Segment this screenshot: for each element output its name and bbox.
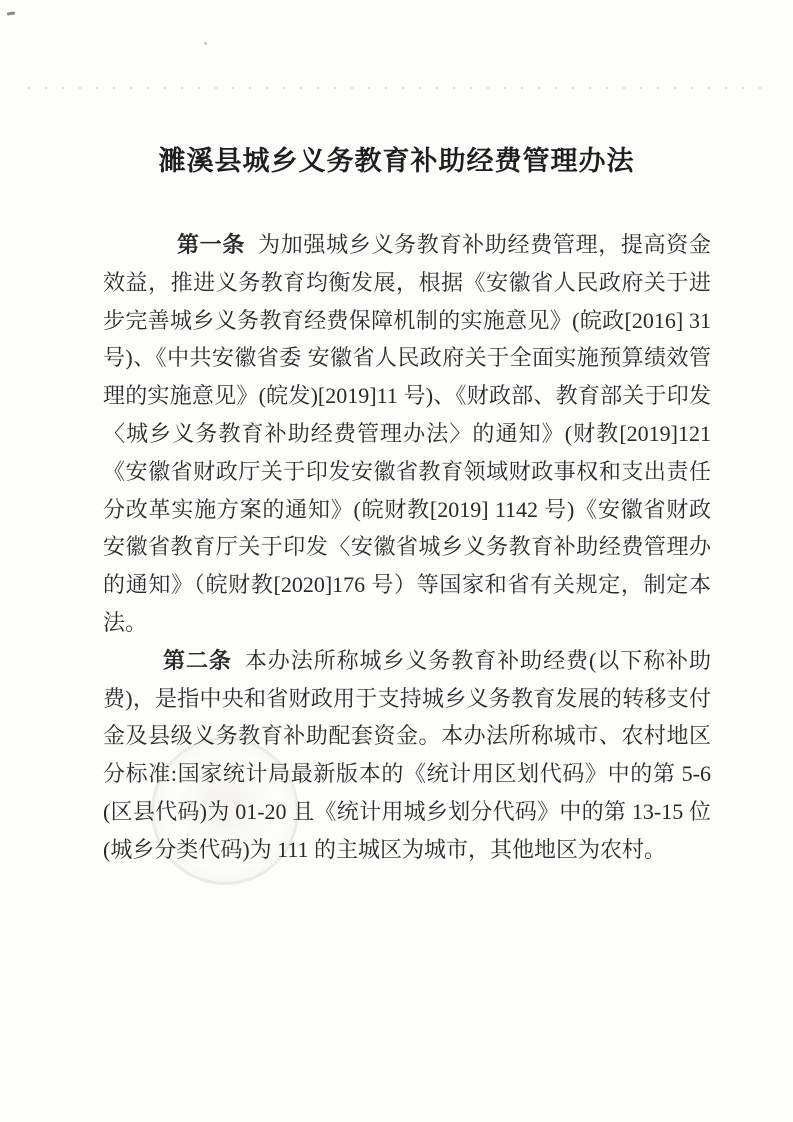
text-line: 分标准:国家统计局最新版本的《统计用区划代码》中的第 5-6 位 xyxy=(103,755,711,793)
paragraph-article-1: 第一条为加强城乡义务教育补助经费管理，提高资金使用 效益，推进义务教育均衡发展，… xyxy=(103,226,711,642)
text-line: 号)、《中共安徽省委 安徽省人民政府关于全面实施预算绩效管 xyxy=(103,339,711,377)
scan-noise-line xyxy=(28,87,768,89)
text-line: 《安徽省财政厅关于印发安徽省教育领域财政事权和支出责任划 xyxy=(103,453,711,491)
document-body: 第一条为加强城乡义务教育补助经费管理，提高资金使用 效益，推进义务教育均衡发展，… xyxy=(103,226,711,869)
article-2-label: 第二条 xyxy=(163,648,232,673)
text-line: 步完善城乡义务教育经费保障机制的实施意见》(皖政[2016] 31 xyxy=(103,302,711,340)
text-line: (区县代码)为 01-20 且《统计用城乡划分代码》中的第 13-15 位 xyxy=(103,793,711,831)
scanned-document-page: 濉溪县城乡义务教育补助经费管理办法 第一条为加强城乡义务教育补助经费管理，提高资… xyxy=(0,0,793,1122)
text-line: 〈城乡义务教育补助经费管理办法〉的通知》(财教[2019]121 号)、 xyxy=(103,415,711,453)
text-line: 分改革实施方案的通知》(皖财教[2019] 1142 号)《安徽省财政厅 xyxy=(103,491,711,529)
scan-speck xyxy=(204,42,207,45)
text-line: 安徽省教育厅关于印发〈安徽省城乡义务教育补助经费管理办法〉 xyxy=(103,528,711,566)
article-1-label: 第一条 xyxy=(177,232,245,257)
text-line: 金及县级义务教育补助配套资金。本办法所称城市、农村地区划 xyxy=(103,717,711,755)
text-line: 第一条为加强城乡义务教育补助经费管理，提高资金使用 xyxy=(103,226,711,264)
text-line: 第二条本办法所称城乡义务教育补助经费(以下称补助经 xyxy=(103,642,711,680)
scan-speck xyxy=(7,11,15,15)
document-title: 濉溪县城乡义务教育补助经费管理办法 xyxy=(0,139,793,178)
text-line-content: 为加强城乡义务教育补助经费管理，提高资金使用 xyxy=(177,232,711,264)
text-line: 费)，是指中央和省财政用于支持城乡义务教育发展的转移支付资 xyxy=(103,680,711,718)
text-line: 的通知》（皖财教[2020]176 号）等国家和省有关规定，制定本办 xyxy=(103,566,711,604)
paragraph-article-2: 第二条本办法所称城乡义务教育补助经费(以下称补助经 费)，是指中央和省财政用于支… xyxy=(103,642,711,869)
text-line: 理的实施意见》(皖发)[2019]11 号)、《财政部、教育部关于印发 xyxy=(103,377,711,415)
text-line: (城乡分类代码)为 111 的主城区为城市，其他地区为农村。 xyxy=(103,831,711,869)
text-line: 效益，推进义务教育均衡发展，根据《安徽省人民政府关于进一 xyxy=(103,264,711,302)
text-line: 法。 xyxy=(103,604,711,642)
text-line-content: 本办法所称城乡义务教育补助经费(以下称补助经 xyxy=(163,648,711,680)
